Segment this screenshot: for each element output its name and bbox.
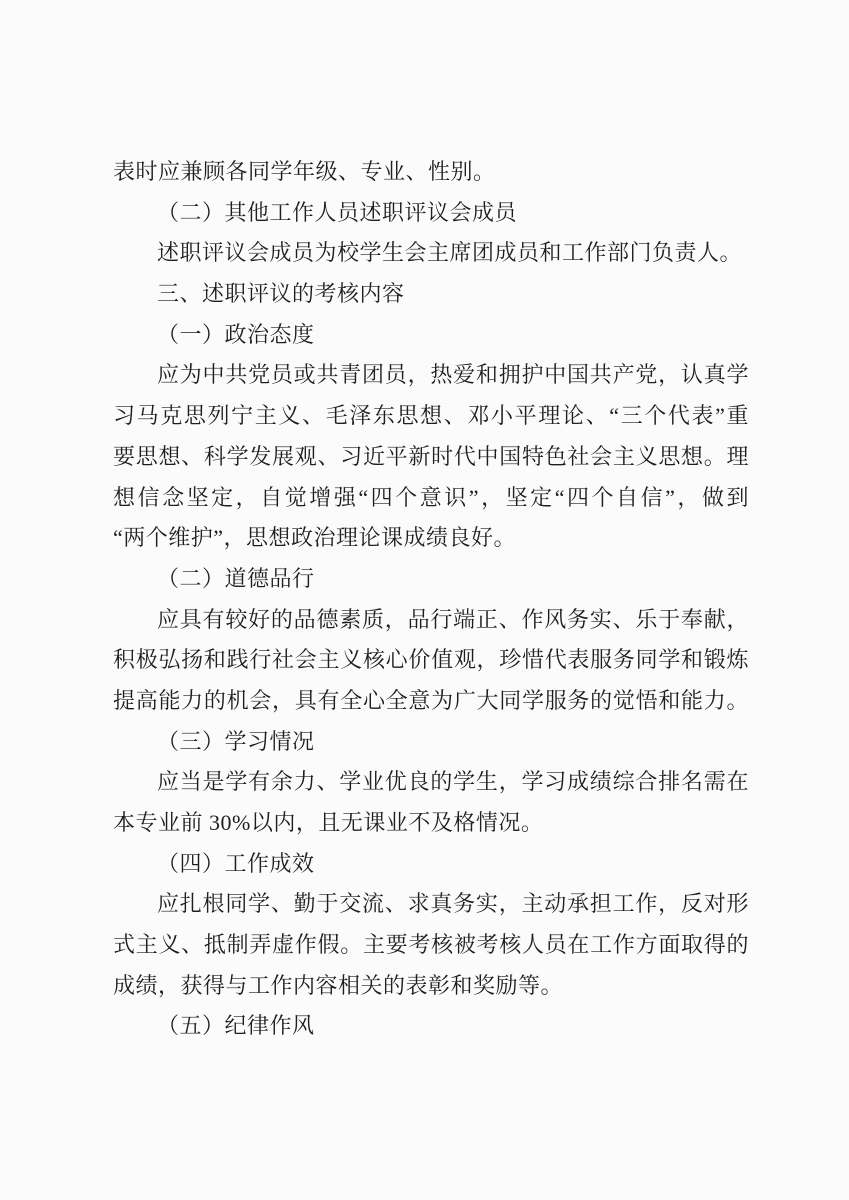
text-line: （二）其他工作人员述职评议会成员 <box>113 193 749 234</box>
document-page: { "page": { "background_color": "#fbfbfb… <box>0 0 849 1200</box>
text-line: 应具有较好的品德素质，品行端正、作风务实、乐于奉献， <box>113 600 749 641</box>
text-line: （一）政治态度 <box>113 315 749 356</box>
text-line: 述职评议会成员为校学生会主席团成员和工作部门负责人。 <box>113 233 749 274</box>
text-line: 想信念坚定，自觉增强“四个意识”，坚定“四个自信”，做到 <box>113 478 749 519</box>
text-line: 表时应兼顾各同学年级、专业、性别。 <box>113 152 749 193</box>
text-line: 应为中共党员或共青团员，热爱和拥护中国共产党，认真学 <box>113 355 749 396</box>
text-line: 积极弘扬和践行社会主义核心价值观，珍惜代表服务同学和锻炼 <box>113 640 749 681</box>
text-line: 习马克思列宁主义、毛泽东思想、邓小平理论、“三个代表”重 <box>113 396 749 437</box>
text-line: 本专业前 30%以内，且无课业不及格情况。 <box>113 803 749 844</box>
text-line: （二）道德品行 <box>113 559 749 600</box>
text-line: 提高能力的机会，具有全心全意为广大同学服务的觉悟和能力。 <box>113 681 749 722</box>
text-line: 应扎根同学、勤于交流、求真务实，主动承担工作，反对形 <box>113 884 749 925</box>
document-page-surface: 表时应兼顾各同学年级、专业、性别。（二）其他工作人员述职评议会成员述职评议会成员… <box>0 0 849 1200</box>
text-line: 三、述职评议的考核内容 <box>113 274 749 315</box>
text-line: 要思想、科学发展观、习近平新时代中国特色社会主义思想。理 <box>113 437 749 478</box>
document-body: 表时应兼顾各同学年级、专业、性别。（二）其他工作人员述职评议会成员述职评议会成员… <box>113 152 749 1047</box>
text-line: （四）工作成效 <box>113 844 749 885</box>
text-line: （五）纪律作风 <box>113 1006 749 1047</box>
text-line: 式主义、抵制弄虚作假。主要考核被考核人员在工作方面取得的 <box>113 925 749 966</box>
text-line: 应当是学有余力、学业优良的学生，学习成绩综合排名需在 <box>113 762 749 803</box>
text-line: （三）学习情况 <box>113 722 749 763</box>
text-line: “两个维护”，思想政治理论课成绩良好。 <box>113 518 749 559</box>
text-line: 成绩，获得与工作内容相关的表彰和奖励等。 <box>113 966 749 1007</box>
